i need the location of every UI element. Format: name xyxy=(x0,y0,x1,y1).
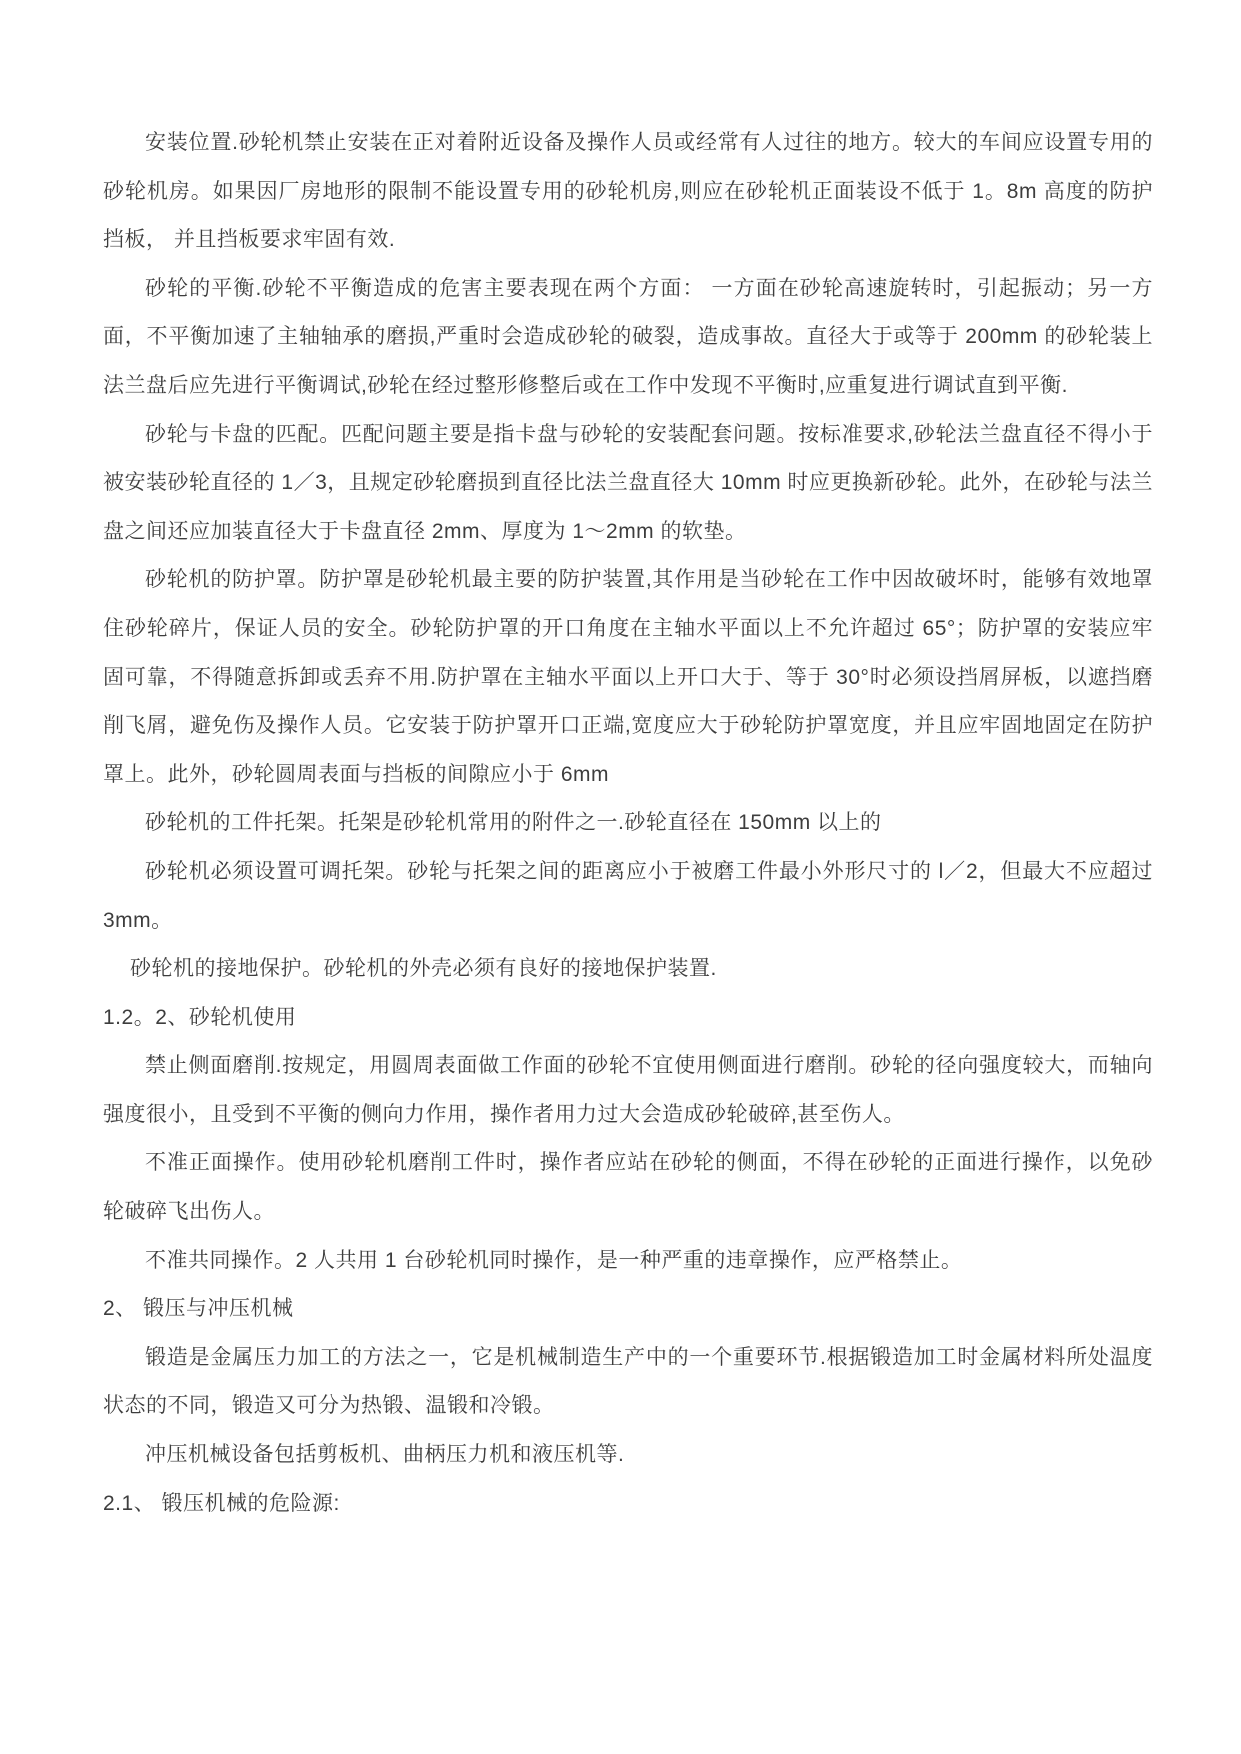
paragraph: 锻造是金属压力加工的方法之一，它是机械制造生产中的一个重要环节.根据锻造加工时金… xyxy=(103,1334,1153,1431)
paragraph: 砂轮机的接地保护。砂轮机的外壳必须有良好的接地保护装置. xyxy=(103,945,1153,994)
paragraph: 砂轮的平衡.砂轮不平衡造成的危害主要表现在两个方面： 一方面在砂轮高速旋转时，引… xyxy=(103,265,1153,411)
document-body: 安装位置.砂轮机禁止安装在正对着附近设备及操作人员或经常有人过往的地方。较大的车… xyxy=(103,119,1153,1528)
paragraph: 砂轮机的防护罩。防护罩是砂轮机最主要的防护装置,其作用是当砂轮在工作中因故破坏时… xyxy=(103,556,1153,799)
paragraph: 禁止侧面磨削.按规定，用圆周表面做工作面的砂轮不宜使用侧面进行磨削。砂轮的径向强… xyxy=(103,1042,1153,1139)
section-heading: 2、 锻压与冲压机械 xyxy=(103,1285,1153,1334)
paragraph: 安装位置.砂轮机禁止安装在正对着附近设备及操作人员或经常有人过往的地方。较大的车… xyxy=(103,119,1153,265)
paragraph: 砂轮机必须设置可调托架。砂轮与托架之间的距离应小于被磨工件最小外形尺寸的 l／2… xyxy=(103,848,1153,945)
paragraph: 砂轮与卡盘的匹配。匹配问题主要是指卡盘与砂轮的安装配套问题。按标准要求,砂轮法兰… xyxy=(103,411,1153,557)
paragraph: 不准共同操作。2 人共用 1 台砂轮机同时操作，是一种严重的违章操作，应严格禁止… xyxy=(103,1237,1153,1286)
paragraph: 砂轮机的工件托架。托架是砂轮机常用的附件之一.砂轮直径在 150mm 以上的 xyxy=(103,799,1153,848)
paragraph: 不准正面操作。使用砂轮机磨削工件时，操作者应站在砂轮的侧面，不得在砂轮的正面进行… xyxy=(103,1139,1153,1236)
section-heading: 1.2。2、砂轮机使用 xyxy=(103,994,1153,1043)
document-page: 安装位置.砂轮机禁止安装在正对着附近设备及操作人员或经常有人过往的地方。较大的车… xyxy=(0,0,1241,1754)
paragraph: 冲压机械设备包括剪板机、曲柄压力机和液压机等. xyxy=(103,1431,1153,1480)
section-heading: 2.1、 锻压机械的危险源: xyxy=(103,1480,1153,1529)
